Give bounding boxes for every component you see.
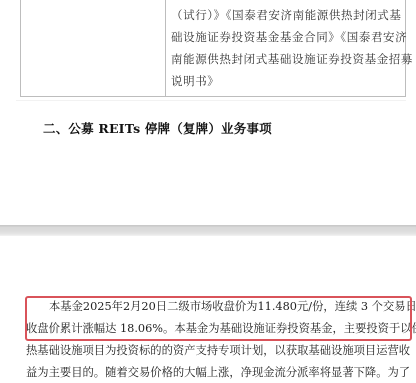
section-heading: 二、公募 REITs 停牌（复牌）业务事项 <box>43 119 272 137</box>
table-column-divider <box>165 0 166 96</box>
table-cell-line: （试行）》《国泰君安济南能源供热封闭式基 <box>171 4 403 26</box>
highlight-annotation-box <box>25 296 412 341</box>
document-table: （试行）》《国泰君安济南能源供热封闭式基 础设施证券投资基金基金合同》《国泰君安… <box>20 0 406 97</box>
table-cell-line: 说明书》 <box>171 70 403 92</box>
faint-rule <box>16 100 406 101</box>
page-break-divider <box>0 225 416 236</box>
table-cell-line: 础设施证券投资基金基金合同》《国泰君安济 <box>171 26 403 48</box>
table-cell-references: （试行）》《国泰君安济南能源供热封闭式基 础设施证券投资基金基金合同》《国泰君安… <box>171 4 403 92</box>
document-page-top: （试行）》《国泰君安济南能源供热封闭式基 础设施证券投资基金基金合同》《国泰君安… <box>0 0 416 225</box>
table-cell-line: 南能源供热封闭式基础设施证券投资基金招募 <box>171 48 403 70</box>
paragraph-line: 热基础设施项目为投资标的的资产支持专项计划，以获取基础设施项目运营收 <box>26 340 414 362</box>
paragraph-line: 益为主要目的。随着交易价格的大幅上涨，净现金流分派率将显著下降。为了 <box>26 362 414 383</box>
